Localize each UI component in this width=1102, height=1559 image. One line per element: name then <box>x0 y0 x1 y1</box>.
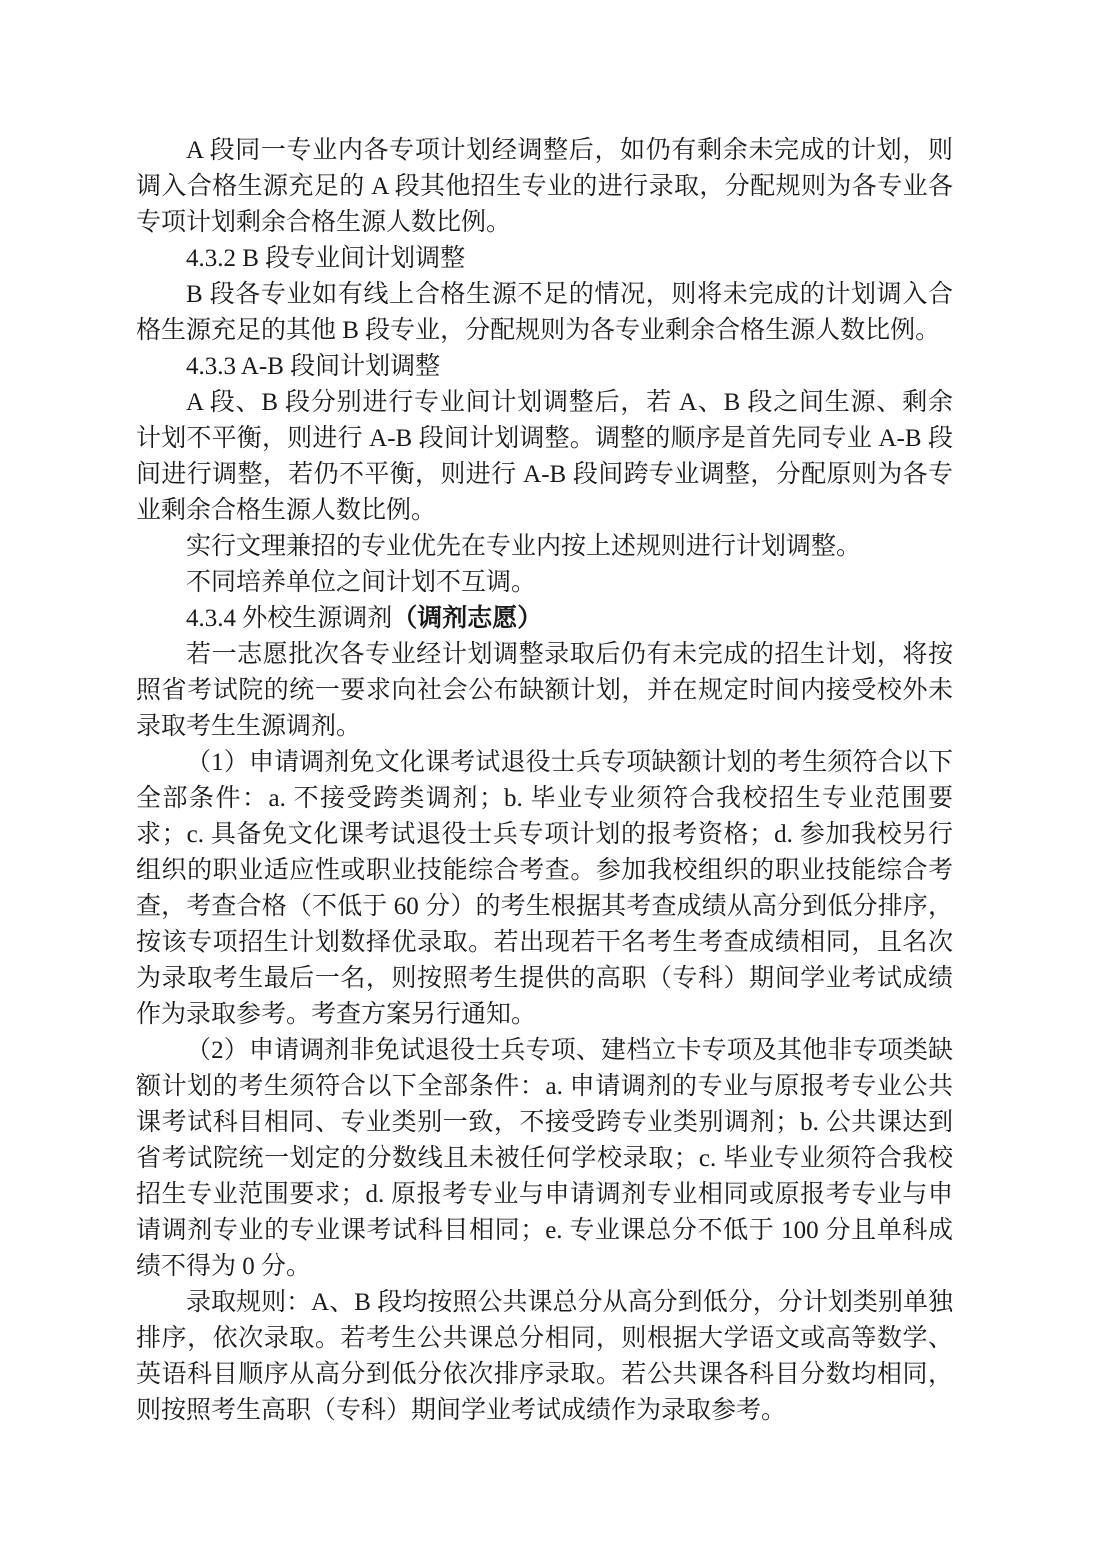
heading-4-3-4-label: 4.3.4 外校生源调剂 <box>186 605 392 632</box>
para-transfer-condition-1: （1）申请调剂免文化课考试退役士兵专项缺额计划的考生须符合以下全部条件：a. 不… <box>136 745 953 1033</box>
para-no-cross-unit-note: 不同培养单位之间计划不互调。 <box>136 565 953 601</box>
heading-4-3-2: 4.3.2 B 段专业间计划调整 <box>136 241 953 277</box>
para-wenli-priority-note: 实行文理兼招的专业优先在专业内按上述规则进行计划调整。 <box>136 529 953 565</box>
para-b-section-adjust: B 段各专业如有线上合格生源不足的情况，则将未完成的计划调入合格生源充足的其他 … <box>136 277 953 349</box>
heading-4-3-4: 4.3.4 外校生源调剂（调剂志愿） <box>136 601 953 637</box>
document-page: A 段同一专业内各专项计划经调整后，如仍有剩余未完成的计划，则调入合格生源充足的… <box>0 0 1102 1559</box>
para-a-section-surplus: A 段同一专业内各专项计划经调整后，如仍有剩余未完成的计划，则调入合格生源充足的… <box>136 133 953 241</box>
heading-4-3-4-bold-suffix: （调剂志愿） <box>392 605 542 632</box>
para-transfer-condition-2: （2）申请调剂非免试退役士兵专项、建档立卡专项及其他非专项类缺额计划的考生须符合… <box>136 1033 953 1285</box>
heading-4-3-3: 4.3.3 A-B 段间计划调整 <box>136 349 953 385</box>
para-transfer-intro: 若一志愿批次各专业经计划调整录取后仍有未完成的招生计划，将按照省考试院的统一要求… <box>136 637 953 745</box>
para-ab-section-adjust: A 段、B 段分别进行专业间计划调整后，若 A、B 段之间生源、剩余计划不平衡，… <box>136 385 953 529</box>
para-admission-rule: 录取规则：A、B 段均按照公共课总分从高分到低分，分计划类别单独排序，依次录取。… <box>136 1285 953 1429</box>
